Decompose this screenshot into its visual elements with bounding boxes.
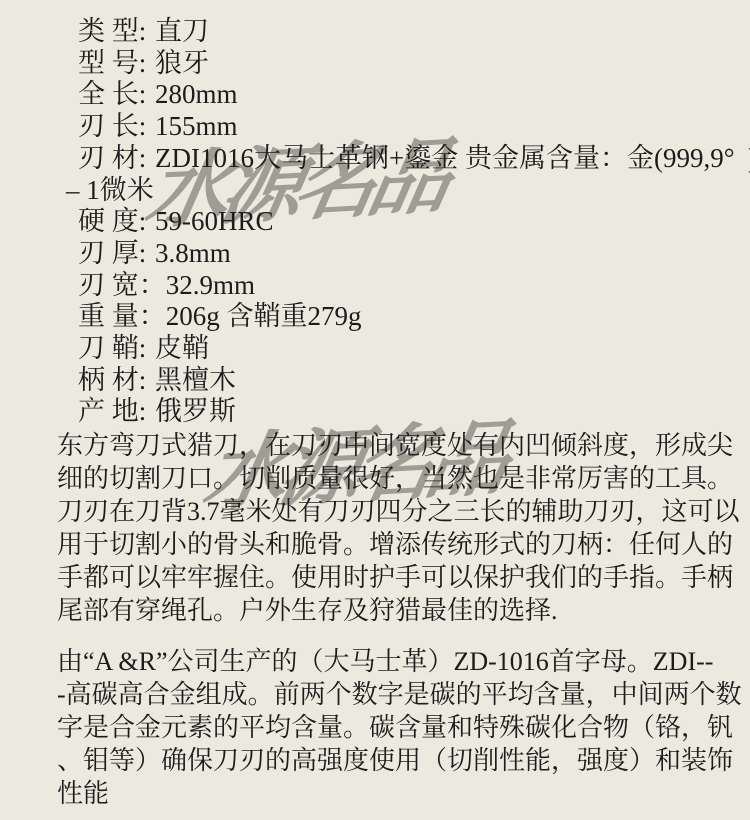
description-line: 刀刃在刀背3.7毫米处有刀刃四分之三长的辅助刀刃，这可以 (57, 495, 740, 528)
spec-label: 刀 鞘: (78, 333, 155, 365)
spec-value: 155mm (155, 111, 238, 141)
description-line: 、钼等）确保刀刃的高强度使用（切削性能，强度）和装饰 (57, 744, 742, 777)
description-line: -高碳高合金组成。前两个数字是碳的平均含量，中间两个数 (57, 678, 742, 711)
description-line: 东方弯刀式猎刀，在刀刃中间宽度处有内凹倾斜度，形成尖 (57, 429, 740, 462)
spec-label: 重 量： (78, 301, 166, 333)
spec-label: 刃 材: (78, 143, 155, 175)
spec-value: 59-60HRC (155, 206, 274, 236)
spec-value: 直刀 (155, 16, 209, 46)
spec-label: 产 地: (78, 396, 155, 428)
spec-value: – 1微米 (66, 175, 154, 205)
spec-row-blade-material: 刃 材:ZDI1016大马士革钢+鎏金 贵金属含量：金(999,9° ) (78, 143, 750, 175)
description-line: 由“A &R”公司生产的（大马士革）ZD-1016首字母。ZDI-- (57, 645, 742, 678)
spec-label: 型 号: (78, 48, 155, 80)
description-line: 尾部有穿绳孔。户外生存及狩猎最佳的选择. (57, 594, 740, 627)
spec-row-handle-material: 柄 材:黑檀木 (78, 365, 750, 397)
description-line: 字是合金元素的平均含量。碳含量和特殊碳化合物（铬，钒 (57, 711, 742, 744)
spec-row-hardness: 硬 度:59-60HRC (78, 206, 750, 238)
spec-value: 俄罗斯 (155, 396, 236, 426)
spec-row-sheath: 刀 鞘:皮鞘 (78, 333, 750, 365)
description-line: 手都可以牢牢握住。使用时护手可以保护我们的手指。手柄 (57, 561, 740, 594)
spec-value: 黑檀木 (155, 365, 236, 395)
spec-label: 类 型: (78, 16, 155, 48)
spec-value: 狼牙 (155, 48, 209, 78)
spec-value: 3.8mm (155, 238, 231, 268)
description-paragraph-2: 由“A &R”公司生产的（大马士革）ZD-1016首字母。ZDI-- -高碳高合… (57, 645, 742, 810)
spec-list: 类 型:直刀 型 号:狼牙 全 长:280mm 刃 长:155mm 刃 材:ZD… (78, 16, 750, 428)
spec-row-blade-material-continuation: – 1微米 (66, 175, 750, 207)
product-description-page: 水源名品 水源名品 类 型:直刀 型 号:狼牙 全 长:280mm 刃 长:15… (0, 0, 750, 820)
spec-label: 刃 厚: (78, 238, 155, 270)
spec-label: 刃 长: (78, 111, 155, 143)
spec-row-type: 类 型:直刀 (78, 16, 750, 48)
spec-value: 32.9mm (166, 270, 255, 300)
description-line: 用于切割小的骨头和脆骨。增添传统形式的刀柄：任何人的 (57, 528, 740, 561)
spec-row-model: 型 号:狼牙 (78, 48, 750, 80)
spec-label: 全 长: (78, 79, 155, 111)
spec-row-blade-width: 刃 宽：32.9mm (78, 270, 750, 302)
spec-row-weight: 重 量：206g 含鞘重279g (78, 301, 750, 333)
spec-row-blade-length: 刃 长:155mm (78, 111, 750, 143)
spec-label: 硬 度: (78, 206, 155, 238)
spec-row-origin: 产 地:俄罗斯 (78, 396, 750, 428)
spec-value: ZDI1016大马士革钢+鎏金 贵金属含量：金(999,9° ) (155, 143, 750, 173)
spec-label: 柄 材: (78, 365, 155, 397)
spec-value: 皮鞘 (155, 333, 209, 363)
description-paragraph-1: 东方弯刀式猎刀，在刀刃中间宽度处有内凹倾斜度，形成尖 细的切割刀口。切削质量很好… (57, 429, 740, 627)
spec-row-overall-length: 全 长:280mm (78, 79, 750, 111)
description-line: 细的切割刀口。切削质量很好，当然也是非常厉害的工具。 (57, 462, 740, 495)
description-line: 性能 (57, 777, 742, 810)
spec-value: 206g 含鞘重279g (166, 301, 362, 331)
spec-label: 刃 宽： (78, 270, 166, 302)
spec-row-blade-thickness: 刃 厚:3.8mm (78, 238, 750, 270)
spec-value: 280mm (155, 79, 238, 109)
